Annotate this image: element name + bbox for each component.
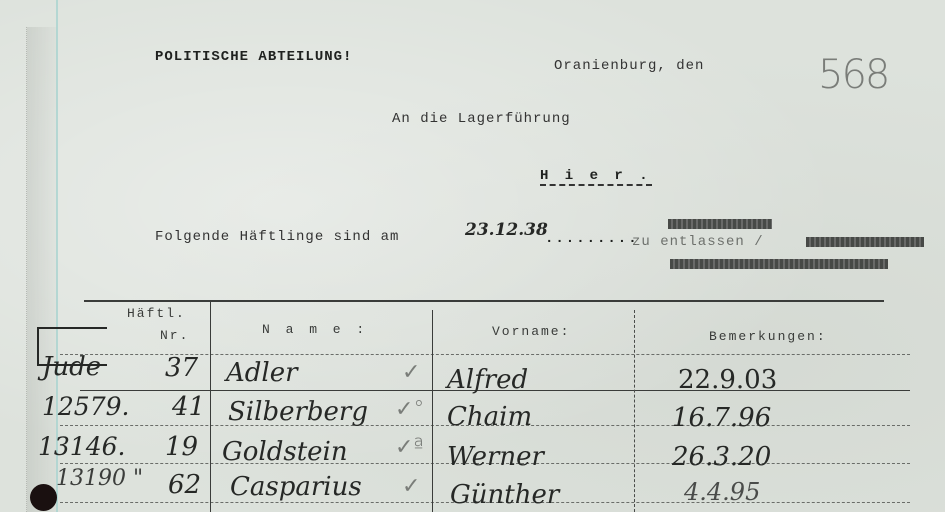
struck-out-text-right bbox=[806, 237, 924, 247]
vorname: Alfred bbox=[447, 365, 528, 395]
page-number: 568 bbox=[818, 52, 888, 98]
vorname: Chaim bbox=[447, 402, 532, 432]
haeftl-nr: 19 bbox=[165, 432, 198, 462]
bemerkungen: 16.7.96 bbox=[672, 403, 771, 433]
haeftl-nr: 62 bbox=[168, 470, 201, 500]
header-nr: Nr. bbox=[160, 328, 189, 343]
haeftl-nr: 41 bbox=[172, 392, 205, 422]
camp-number: 13190 " bbox=[56, 466, 143, 491]
bemerkungen: 22.9.03 bbox=[678, 365, 777, 395]
location-line: H i e r . bbox=[540, 168, 652, 186]
bemerkungen: 26.3.20 bbox=[672, 442, 771, 472]
column-divider bbox=[432, 310, 433, 512]
vorname: Günther bbox=[450, 480, 559, 510]
place-date-line: Oranienburg, den bbox=[554, 58, 704, 74]
header-haeftl: Häftl. bbox=[127, 306, 186, 321]
haeftl-nr: 37 bbox=[165, 353, 198, 383]
column-divider bbox=[634, 310, 635, 512]
date-dots: ......... bbox=[545, 231, 639, 247]
header-bemerkungen: Bemerkungen: bbox=[709, 329, 827, 344]
recipient-line: An die Lagerführung bbox=[392, 111, 571, 127]
name: Adler bbox=[226, 358, 298, 388]
camp-number: 13146. bbox=[38, 432, 125, 461]
header-vorname: Vorname: bbox=[492, 324, 570, 339]
statement-text: Folgende Häftlinge sind am bbox=[155, 229, 399, 245]
check-mark: ✓ bbox=[402, 360, 420, 385]
table-top-border bbox=[84, 300, 884, 302]
punch-hole-mark bbox=[30, 484, 57, 511]
department-heading: POLITISCHE ABTEILUNG! bbox=[155, 49, 352, 65]
name: Silberberg bbox=[228, 397, 368, 427]
release-date: 23.12.38 bbox=[465, 220, 548, 240]
struck-out-text-top bbox=[668, 219, 772, 229]
vorname: Werner bbox=[447, 442, 544, 472]
column-divider bbox=[210, 302, 211, 512]
struck-out-text-bottom bbox=[670, 259, 888, 269]
bemerkungen: 4.4.95 bbox=[684, 478, 760, 506]
action-text: zu entlassen / bbox=[632, 234, 764, 250]
check-mark: ✓ª bbox=[395, 435, 424, 460]
name: Goldstein bbox=[222, 437, 348, 467]
document-page: POLITISCHE ABTEILUNG! Oranienburg, den 5… bbox=[0, 0, 945, 512]
name: Casparius bbox=[230, 472, 362, 502]
header-name: N a m e : bbox=[262, 322, 368, 337]
check-mark: ✓° bbox=[395, 397, 424, 422]
camp-number: 12579. bbox=[42, 392, 129, 421]
margin-note: Jude bbox=[42, 352, 101, 382]
check-mark: ✓ bbox=[402, 474, 420, 499]
